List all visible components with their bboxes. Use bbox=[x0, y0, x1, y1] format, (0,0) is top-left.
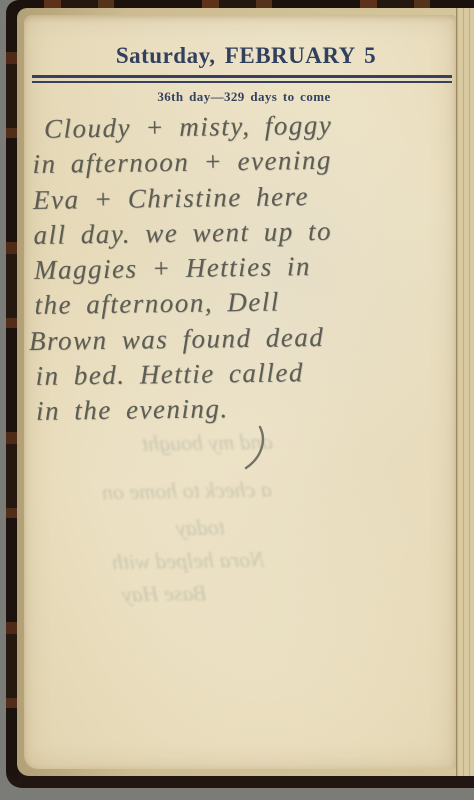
entry-line: Cloudy + misty, foggy bbox=[44, 106, 452, 147]
page-fore-edge bbox=[456, 8, 474, 776]
entry-line: Eva + Christine here bbox=[33, 177, 453, 218]
bleedthrough-line: and my bought bbox=[142, 429, 273, 457]
day-count-subtitle: 36th day—329 days to come bbox=[24, 89, 456, 105]
entry-line: Maggies + Hetties in bbox=[34, 247, 454, 288]
entry-line: the afternoon, Dell bbox=[34, 283, 454, 324]
bleedthrough-line: a check to home on bbox=[102, 477, 272, 506]
diary-page: Saturday, FEBRUARY 5 36th day—329 days t… bbox=[24, 15, 456, 769]
double-rule bbox=[32, 75, 452, 83]
entry-line: all day. we went up to bbox=[33, 212, 453, 253]
entry-line: in bed. Hettie called bbox=[35, 353, 455, 394]
entry-line: in afternoon + evening bbox=[32, 141, 452, 182]
bleedthrough-line: Nora helped with bbox=[112, 547, 265, 576]
handwritten-entry: Cloudy + misty, foggy in afternoon + eve… bbox=[32, 106, 456, 430]
entry-line: in the evening. bbox=[36, 388, 456, 429]
date-title: Saturday, FEBRUARY 5 bbox=[24, 43, 456, 69]
bleedthrough-line: Base Hay bbox=[122, 580, 207, 607]
entry-line: Brown was found dead bbox=[29, 318, 455, 359]
diary-scan: Saturday, FEBRUARY 5 36th day—329 days t… bbox=[0, 0, 474, 800]
bleedthrough-line: today bbox=[176, 515, 225, 542]
